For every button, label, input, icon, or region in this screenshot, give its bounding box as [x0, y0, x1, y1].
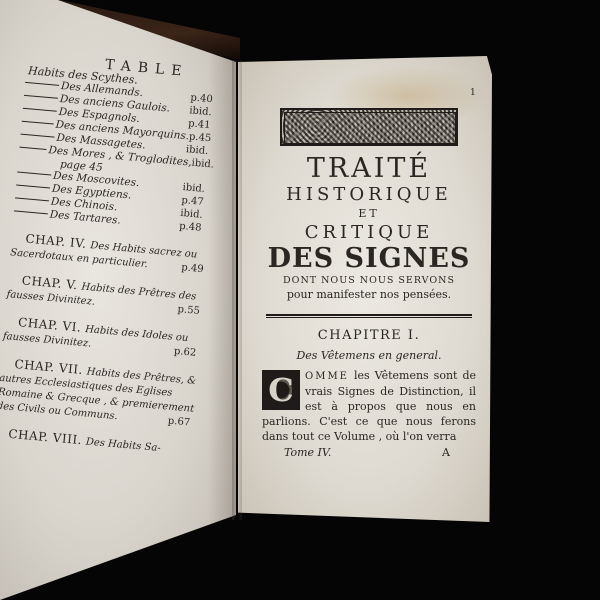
title-line-des-signes: DES SIGNES — [262, 244, 476, 274]
dash-rule — [25, 82, 59, 86]
chapter-subtitle: Des Vêtemens en general. — [262, 349, 476, 362]
chapter-heading: CHAPITRE I. — [262, 328, 476, 343]
title-line-historique: HISTORIQUE — [262, 184, 476, 206]
title-line-traite: TRAITÉ — [262, 154, 476, 184]
dash-rule — [15, 197, 49, 201]
toc-chapter: CHAP. VII.Habits des Prêtres, & autres E… — [0, 356, 200, 431]
gathering-signature: A — [442, 446, 450, 459]
title-line-pour: pour manifester nos pensées. — [262, 287, 476, 302]
dash-rule — [19, 147, 46, 150]
page-footer: Tome IV. A — [262, 446, 476, 459]
dash-rule — [21, 134, 55, 138]
toc-chapter: CHAP. V.Habits des Prêtres des fausses D… — [6, 272, 208, 319]
small-caps-opening: OMME — [305, 371, 349, 382]
volume-signature: Tome IV. — [284, 446, 331, 459]
title-block: TRAITÉ HISTORIQUE ET CRITIQUE DES SIGNES… — [262, 86, 476, 459]
toc-chapter: CHAP. IV.Des Habits sacrez ou Sacerdotau… — [10, 230, 212, 277]
ornamental-headpiece-icon — [280, 108, 458, 146]
book-gutter — [232, 60, 242, 520]
dash-rule — [16, 184, 50, 188]
chapter-body-text: COMME les Vêtemens sont de vrais Signes … — [262, 368, 476, 444]
title-line-critique: CRITIQUE — [262, 222, 476, 244]
double-rule-divider — [266, 314, 472, 318]
decorated-drop-cap-icon: C — [262, 370, 300, 410]
dash-rule — [24, 95, 58, 99]
dash-rule — [17, 172, 51, 176]
toc-chapter: CHAP. VI.Habits des Idoles ou fausses Di… — [2, 314, 204, 361]
dash-rule — [22, 121, 54, 125]
title-line-et: ET — [262, 206, 476, 222]
table-of-contents: TABLE Habits des Scythes. Des Allemands.… — [0, 50, 227, 459]
dash-rule — [14, 210, 48, 214]
title-line-dont: DONT NOUS NOUS SERVONS — [262, 274, 476, 287]
dash-rule — [23, 108, 57, 112]
